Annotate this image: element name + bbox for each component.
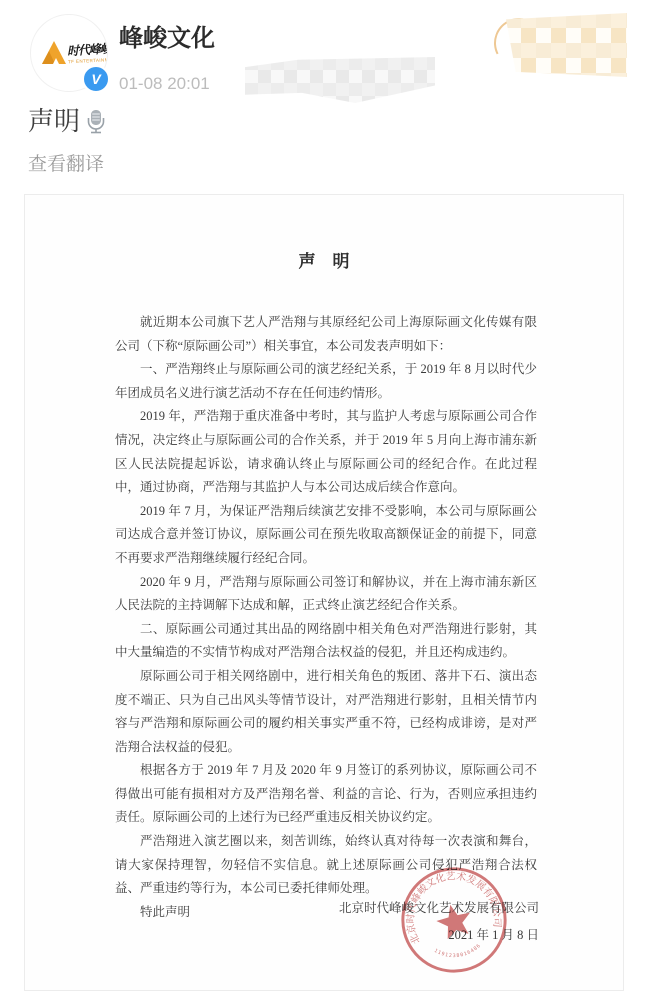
weibo-post-page: { "post": { "author": "峰峻文化", "timestamp…	[0, 0, 649, 1000]
follow-button-blur[interactable]	[506, 13, 627, 77]
document-paragraph: 根据各方于 2019 年 7 月及 2020 年 9 月签订的系列协议，原际画公…	[115, 759, 537, 830]
document-paragraph: 2020 年 9 月，严浩翔与原际画公司签订和解协议，并在上海市浦东新区人民法院…	[115, 571, 537, 618]
avatar-brand-text: 时代峰峻	[66, 40, 107, 60]
signature-company: 北京时代峰峻文化艺术发展有限公司	[339, 895, 539, 922]
post-timestamp: 01-08 20:01	[119, 74, 210, 94]
document-body: 就近期本公司旗下艺人严浩翔与其原经纪公司上海原际画文化传媒有限公司（下称“原际画…	[115, 311, 537, 924]
document-paragraph: 2019 年，严浩翔于重庆准备中考时，其与监护人考虑与原际画公司合作情况，决定终…	[115, 405, 537, 499]
author-name[interactable]: 峰峻文化	[119, 18, 215, 53]
document-paragraph: 2019 年 7 月，为保证严浩翔后续演艺安排不受影响，本公司与原际画公司达成合…	[115, 500, 537, 571]
post-content-text: 声明	[28, 101, 80, 138]
post-content: 声明	[28, 101, 108, 138]
statement-document[interactable]: 声 明 就近期本公司旗下艺人严浩翔与其原经纪公司上海原际画文化传媒有限公司（下称…	[24, 194, 624, 991]
verified-badge-icon: V	[82, 65, 110, 93]
signature-date: 2021 年 1 月 8 日	[339, 922, 539, 949]
microphone-icon	[84, 108, 108, 134]
document-paragraph: 严浩翔进入演艺圈以来，刻苦训练，始终认真对待每一次表演和舞台，请大家保持理智，勿…	[115, 830, 537, 901]
censored-source-blur	[245, 57, 435, 103]
document-paragraph: 一、严浩翔终止与原际画公司的演艺经纪关系，于 2019 年 8 月以时代少年团成…	[115, 358, 537, 405]
document-signature: 北京时代峰峻文化艺术发展有限公司 2021 年 1 月 8 日	[339, 895, 539, 949]
document-paragraph: 就近期本公司旗下艺人严浩翔与其原经纪公司上海原际画文化传媒有限公司（下称“原际画…	[115, 311, 537, 358]
translate-link[interactable]: 查看翻译	[28, 149, 104, 176]
document-title: 声 明	[25, 247, 623, 272]
avatar[interactable]: 时代峰峻 TF ENTERTAINMENT V	[30, 14, 108, 92]
document-paragraph: 原际画公司于相关网络剧中，进行相关角色的叛团、落井下石、演出态度不端正、只为自己…	[115, 665, 537, 759]
document-paragraph: 二、原际画公司通过其出品的网络剧中相关角色对严浩翔进行影射，其中大量编造的不实情…	[115, 618, 537, 665]
